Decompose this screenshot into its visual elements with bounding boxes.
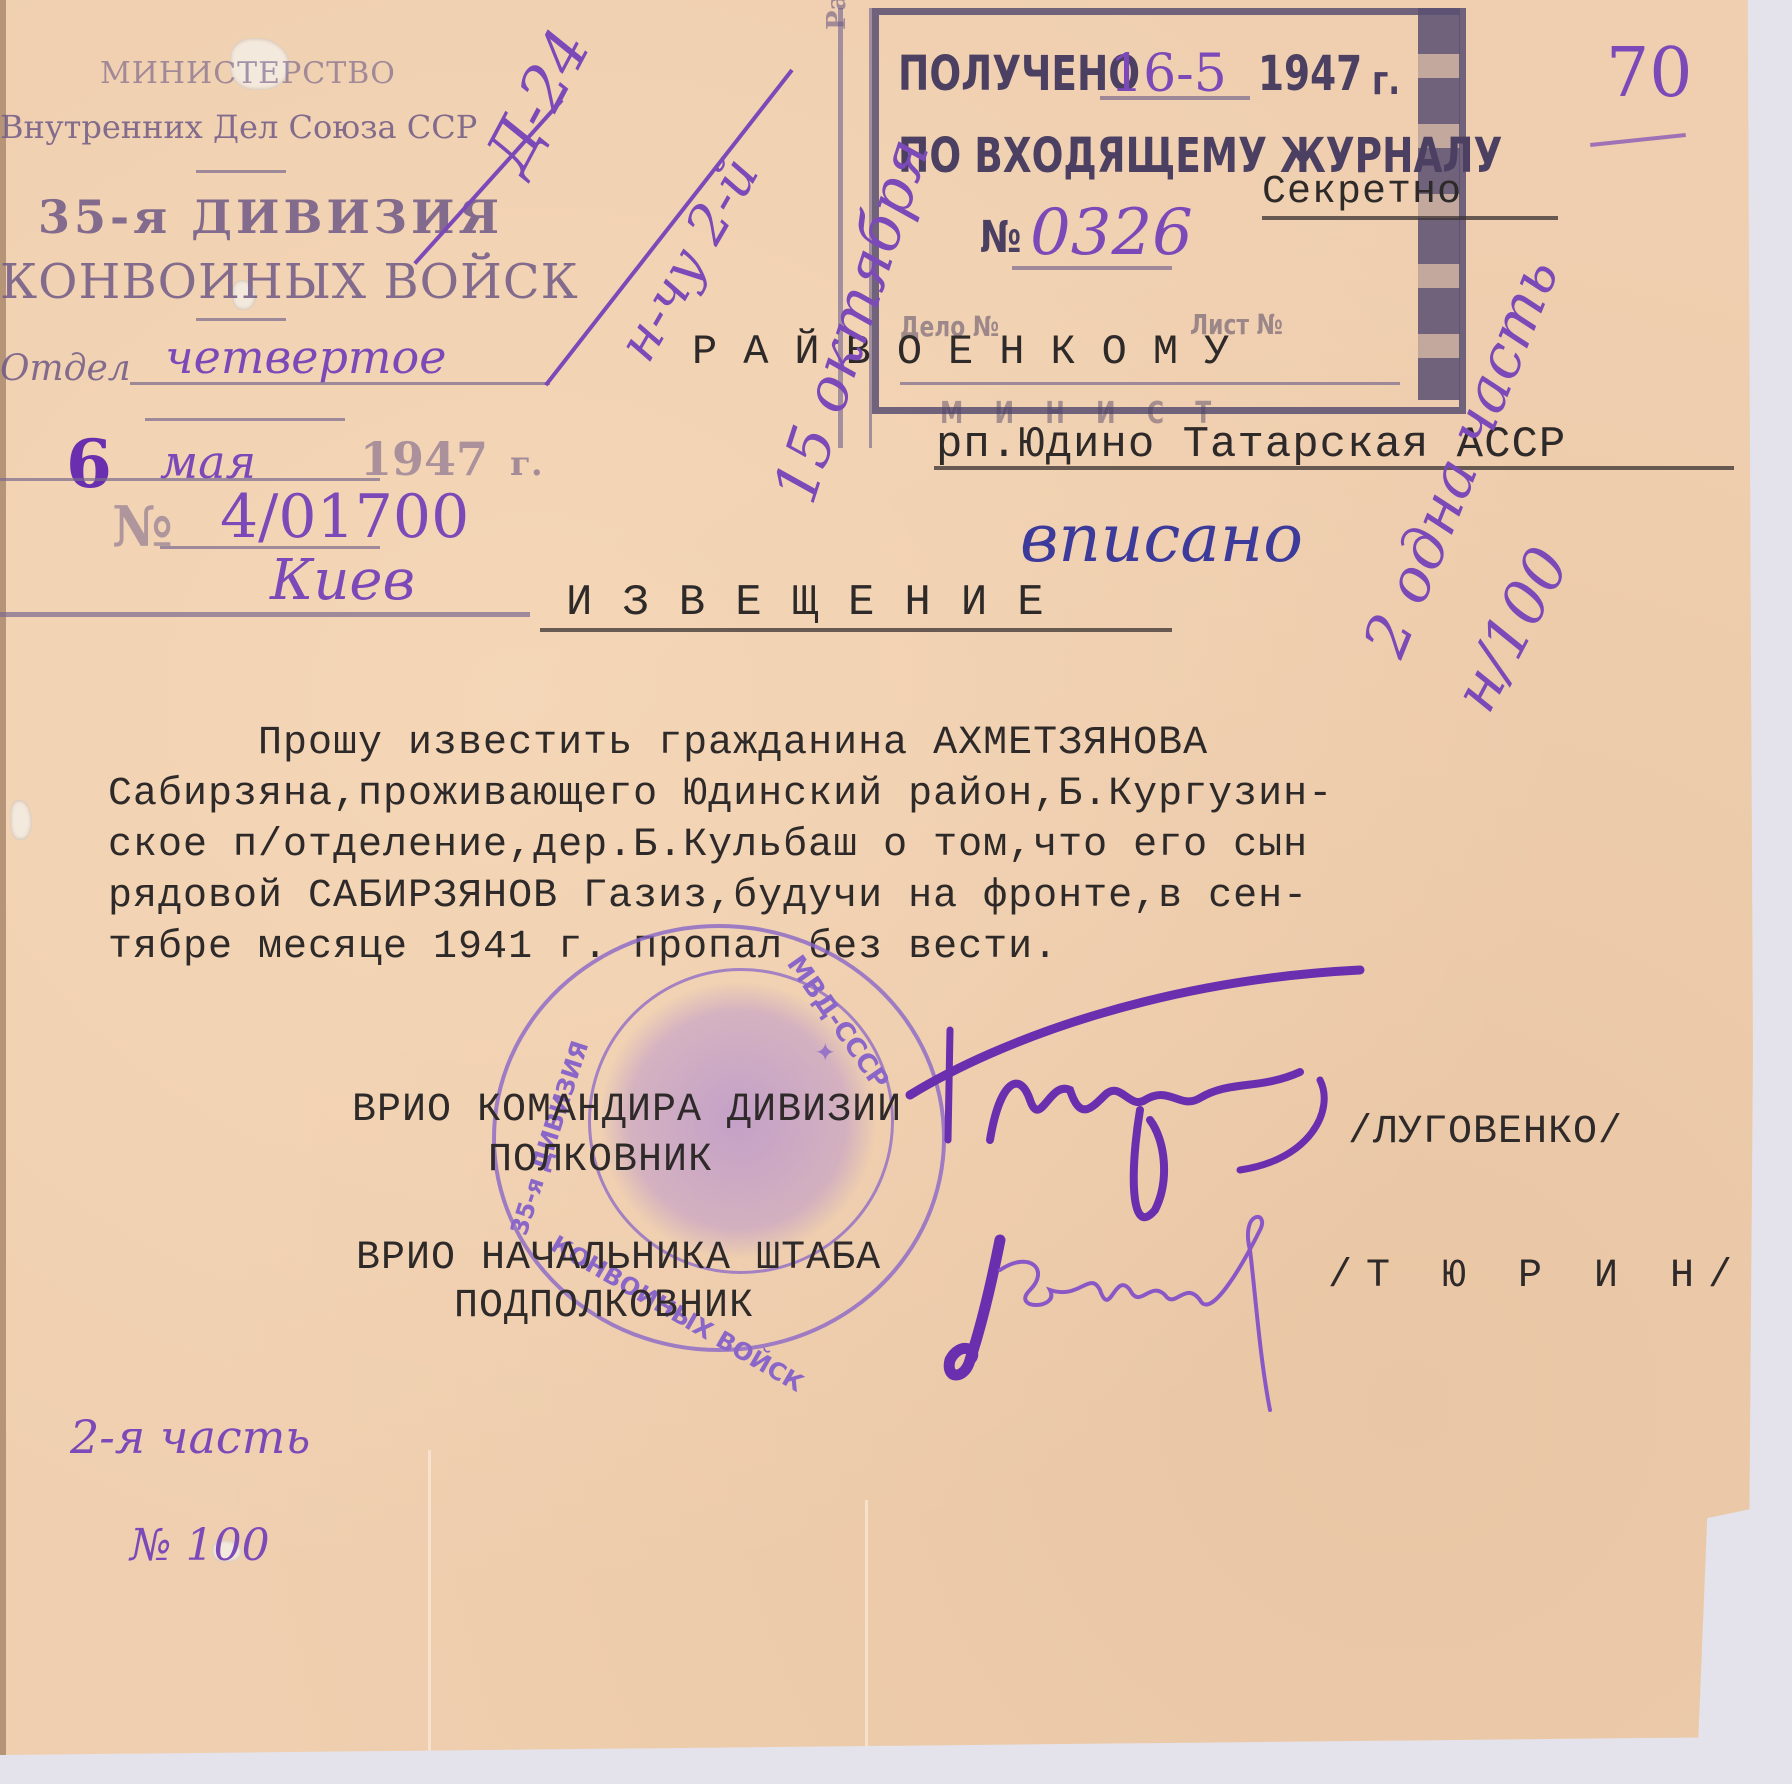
date-underline <box>0 478 380 481</box>
note-d24: Д-24 <box>470 17 605 184</box>
stamp-divider <box>196 318 286 321</box>
received-year: 1947 <box>1258 46 1362 102</box>
received-year-suffix: г. <box>1372 58 1400 104</box>
journal-number-underline <box>1012 266 1172 270</box>
signer2-title-line1: ВРИО НАЧАЛЬНИКА ШТАБА <box>356 1236 881 1281</box>
received-bottom-line <box>900 382 1400 385</box>
note-n100: н/100 <box>1440 536 1584 723</box>
department-underline <box>130 382 550 385</box>
fold-line <box>428 1450 431 1755</box>
division-line2: КОНВОИНЫХ ВОЙСК <box>0 254 579 310</box>
addressee-line1: РАЙВОЕНКОМУ <box>692 328 1255 376</box>
received-date: 16-5 <box>1110 44 1227 104</box>
journal-number-label: № <box>980 212 1021 263</box>
body-line: Прошу известить гражданина АХМЕТЗЯНОВА <box>108 718 1208 769</box>
addressee-underline <box>934 466 1734 470</box>
signer1-title-line1: ВРИО КОМАНДИРА ДИВИЗИИ <box>352 1088 902 1133</box>
punch-hole <box>10 800 32 840</box>
received-label: ПОЛУЧЕНО <box>898 46 1140 102</box>
body-line: ское п/отделение,дер.Б.Кульбаш о том,что… <box>108 820 1308 871</box>
page-number-underline <box>1590 133 1686 147</box>
department-label: Отдел <box>0 348 131 389</box>
classification-underline <box>1262 216 1558 220</box>
signer1-name: /ЛУГОВЕНКО/ <box>1348 1110 1623 1155</box>
city: Киев <box>270 548 415 613</box>
division-line1: 35-я ДИВИЗИЯ <box>38 190 503 244</box>
signature-chief-of-staff <box>940 1210 1360 1430</box>
ministry-line2: Внутренних Дел Союза ССР <box>0 108 477 146</box>
classification-label: Секретно <box>1262 170 1462 215</box>
date-day: 6 <box>66 425 112 503</box>
department-value: четвертое <box>165 330 446 384</box>
note-bottom-part: 2-я часть <box>70 1410 310 1464</box>
stamp-divider <box>196 170 286 173</box>
fold-line <box>865 1500 868 1755</box>
received-date-underline <box>1100 96 1250 100</box>
ministry-line1: МИНИСТЕРСТВО <box>100 56 396 91</box>
note-blue: вписано <box>1020 500 1303 577</box>
header-bottom-line <box>0 612 530 617</box>
signer2-title-line2: ПОДПОЛКОВНИК <box>454 1284 754 1329</box>
number-label: № <box>112 494 173 560</box>
signer2-name: /Т Ю Р И Н/ <box>1328 1254 1746 1299</box>
received-side-label: Рай <box>822 0 852 30</box>
signer1-title-line2: ПОЛКОВНИК <box>488 1138 713 1183</box>
journal-number: 0326 <box>1030 196 1193 270</box>
body-line: рядовой САБИРЗЯНОВ Газиз,будучи на фронт… <box>108 871 1308 922</box>
page-number: 70 <box>1606 34 1693 113</box>
body-line: Сабирзяна,проживающего Юдинский район,Б.… <box>108 769 1333 820</box>
stamp-divider <box>145 418 345 421</box>
title-underline <box>540 628 1172 632</box>
date-suffix: г. <box>510 444 543 484</box>
number-value: 4/01700 <box>220 482 469 552</box>
document-title: ИЗВЕЩЕНИЕ <box>566 578 1074 628</box>
document-paper: МИНИСТЕРСТВО Внутренних Дел Союза ССР 35… <box>0 0 1760 1755</box>
note-bottom-number: № 100 <box>130 1520 270 1571</box>
